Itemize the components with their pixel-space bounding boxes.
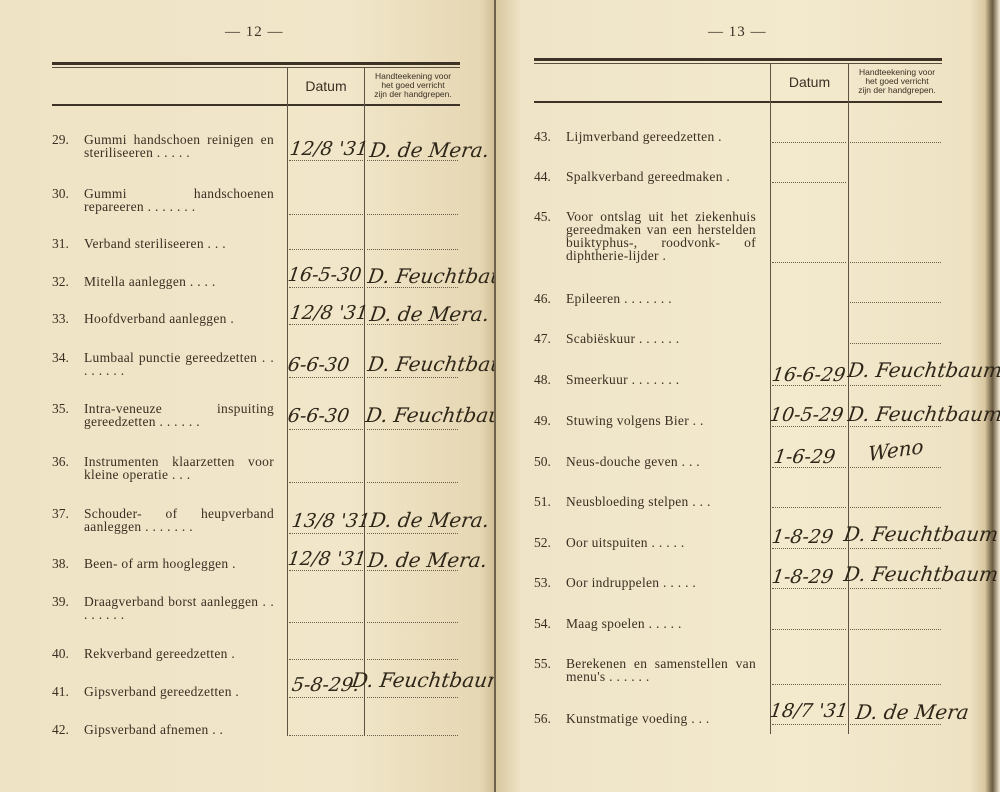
date-field-line [289,659,363,660]
header-rule-top [534,58,942,61]
date-field-line [289,287,363,288]
date-entry: 1-6-29 [772,446,836,468]
signature-column-divider [848,64,849,734]
date-entry: 1-8-29 [770,566,834,588]
column-header-datum: Datum [288,78,364,94]
signature-field-line [850,548,941,549]
item-number: 46. [534,292,564,305]
page-number: — 12 — [225,24,284,41]
item-text: Draagverband borst aanleggen . . . . . .… [84,595,274,621]
item-text: Gummi handschoen reinigen en steriliseer… [84,133,274,159]
item-text: Gipsverband afnemen . . [84,723,274,736]
item-text: Scabiëskuur . . . . . . [566,332,756,345]
date-field-line [289,482,363,483]
date-entry: 18/7 '31 [768,700,849,722]
item-number: 43. [534,130,564,143]
item-number: 33. [52,312,82,325]
date-field-line [289,249,363,250]
signature-entry: Weno [868,434,923,466]
signature-entry: D. Feuchtbaum [350,668,508,692]
item-text: Mitella aanleggen . . . . [84,275,274,288]
date-field-line [289,697,363,698]
signature-field-line [367,697,458,698]
item-text: Lumbaal punctie gereedzetten . . . . . .… [84,351,274,377]
page-number: — 13 — [708,24,767,41]
signature-field-line [367,249,458,250]
signature-field-line [850,684,941,685]
signature-field-line [367,659,458,660]
header-rule-thin [534,63,942,64]
item-number: 32. [52,275,82,288]
item-text: Neusbloeding stelpen . . . [566,495,756,508]
item-text: Lijmverband gereedzetten . [566,130,756,143]
item-text: Instrumenten klaarzetten voor kleine ope… [84,455,274,481]
item-number: 47. [534,332,564,345]
item-number: 36. [52,455,82,468]
item-number: 39. [52,595,82,608]
right-page-13: — 13 — Datum Handteekening voor het goed… [496,0,1000,792]
date-field-line [289,429,363,430]
date-field-line [289,160,363,161]
item-text: Gummi handschoenen repareeren . . . . . … [84,187,274,213]
signature-header-line: zijn der handgrepen. [365,90,461,99]
item-number: 49. [534,414,564,427]
signature-field-line [367,735,458,736]
signature-entry: D. de Mera. [368,508,491,532]
item-text: Hoofdverband aanleggen . [84,312,274,325]
item-text: Neus-douche geven . . . [566,455,756,468]
signature-entry: D. de Mera [854,700,970,724]
signature-field-line [367,482,458,483]
date-entry: 12/8 '31 [288,138,369,160]
item-number: 52. [534,536,564,549]
signature-header-line: zijn der handgrepen. [849,86,945,95]
date-field-line [772,724,846,725]
item-number: 44. [534,170,564,183]
item-number: 56. [534,712,564,725]
date-field-line [289,533,363,534]
signature-field-line [850,467,941,468]
signature-field-line [850,629,941,630]
item-text: Rekverband gereedzetten . [84,647,274,660]
date-entry: 10-5-29 [768,404,844,426]
item-text: Intra-veneuze inspuiting gereedzetten . … [84,402,274,428]
header-rule-bottom [534,101,942,103]
date-field-line [772,142,846,143]
item-text: Smeerkuur . . . . . . . [566,373,756,386]
item-number: 53. [534,576,564,589]
date-field-line [772,182,846,183]
item-number: 55. [534,657,564,670]
date-entry: 6-6-30 [286,405,350,427]
item-number: 41. [52,685,82,698]
column-header-signature: Handteekening voor het goed verricht zij… [849,68,945,95]
item-number: 29. [52,133,82,146]
item-text: Schouder- of heupverband aanleggen . . .… [84,507,274,533]
signature-entry: D. Feuchtbaum [846,358,1000,382]
item-text: Berekenen en samenstellen van menu's . .… [566,657,756,683]
item-number: 45. [534,210,564,223]
date-field-line [772,548,846,549]
datum-column-divider [770,64,771,734]
item-number: 38. [52,557,82,570]
item-text: Maag spoelen . . . . . [566,617,756,630]
item-text: Spalkverband gereedmaken . [566,170,756,183]
signature-field-line [850,343,941,344]
item-number: 40. [52,647,82,660]
item-number: 34. [52,351,82,364]
item-number: 31. [52,237,82,250]
signature-entry: D. Feuchtbaum [842,562,1000,586]
date-field-line [289,214,363,215]
item-number: 54. [534,617,564,630]
item-text: Epileeren . . . . . . . [566,292,756,305]
left-page-12: — 12 — Datum Handteekening voor het goed… [0,0,496,792]
signature-field-line [850,724,941,725]
item-number: 51. [534,495,564,508]
item-text: Gipsverband gereedzetten . [84,685,274,698]
item-number: 50. [534,455,564,468]
signature-field-line [367,533,458,534]
signature-field-line [850,302,941,303]
date-entry: 1-8-29 [770,526,834,548]
column-header-signature: Handteekening voor het goed verricht zij… [365,72,461,99]
item-text: Oor indruppelen . . . . . [566,576,756,589]
item-text: Stuwing volgens Bier . . [566,414,756,427]
date-field-line [772,629,846,630]
date-field-line [772,588,846,589]
signature-field-line [367,377,458,378]
item-number: 37. [52,507,82,520]
date-field-line [772,426,846,427]
date-field-line [289,622,363,623]
signature-field-line [850,588,941,589]
item-number: 35. [52,402,82,415]
signature-field-line [850,262,941,263]
signature-field-line [367,622,458,623]
date-field-line [772,262,846,263]
date-field-line [772,684,846,685]
item-text: Oor uitspuiten . . . . . [566,536,756,549]
column-header-datum: Datum [771,74,848,90]
signature-column-divider [364,68,365,736]
date-field-line [289,324,363,325]
date-field-line [289,377,363,378]
date-entry: 16-5-30 [286,264,362,286]
signature-entry: D. Feuchtbaum [842,522,1000,546]
date-entry: 12/8 '31 [286,548,367,570]
signature-entry: D. de Mera. [368,302,491,326]
signature-field-line [850,142,941,143]
header-rule-top [52,62,460,65]
item-number: 48. [534,373,564,386]
date-entry: 6-6-30 [286,354,350,376]
item-text: Been- of arm hoogleggen . [84,557,274,570]
item-number: 30. [52,187,82,200]
datum-column-divider [287,68,288,736]
signature-entry: D. Feuchtbaum [846,402,1000,426]
item-number: 42. [52,723,82,736]
date-field-line [772,507,846,508]
header-rule-bottom [52,104,460,106]
item-text: Verband steriliseeren . . . [84,237,274,250]
signature-field-line [850,426,941,427]
signature-entry: D. de Mera. [366,548,489,572]
signature-field-line [850,507,941,508]
date-entry: 13/8 '31 [290,510,371,532]
signature-field-line [850,385,941,386]
date-field-line [289,735,363,736]
date-field-line [289,570,363,571]
date-entry: 16-6-29 [770,364,846,386]
item-text: Voor ontslag uit het ziekenhuis gereedma… [566,210,756,262]
item-text: Kunstmatige voeding . . . [566,712,756,725]
signature-entry: D. de Mera. [368,138,491,162]
signature-field-line [367,214,458,215]
signature-field-line [367,429,458,430]
date-entry: 12/8 '31 [288,302,369,324]
header-rule-thin [52,67,460,68]
